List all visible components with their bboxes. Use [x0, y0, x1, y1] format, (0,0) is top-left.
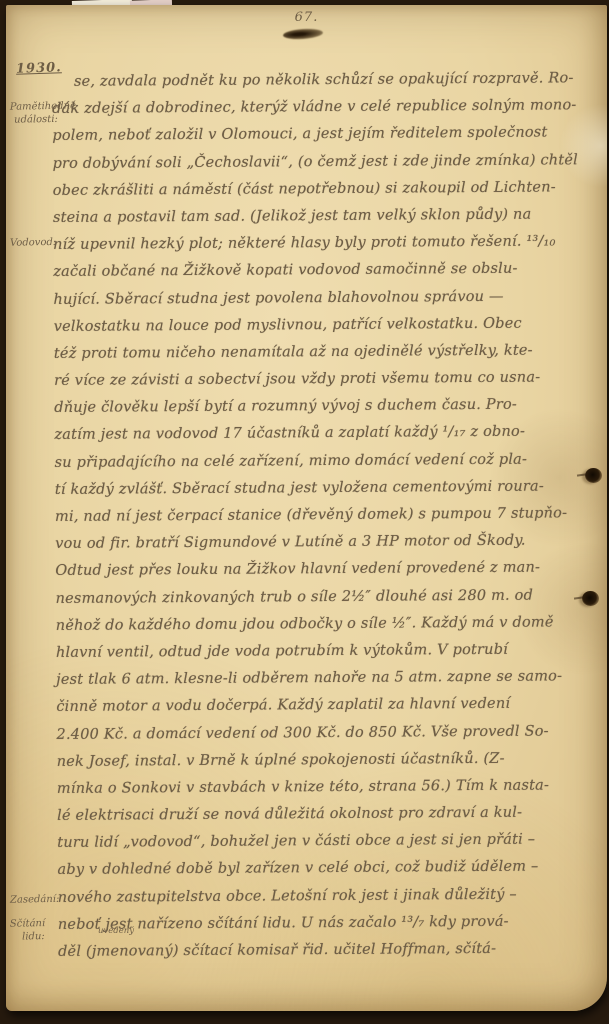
- ink-blot: [283, 28, 324, 41]
- handwritten-line: nek Josef, instal. v Brně k úplné spokoj…: [57, 745, 605, 776]
- handwritten-line: nového zastupitelstva obce. Letošní rok …: [58, 881, 606, 912]
- handwritten-line: děl (jmenovaný) sčítací komisař řid. uči…: [58, 935, 606, 966]
- handwritten-line: dňuje člověku lepší bytí a rozumný vývoj…: [54, 391, 602, 422]
- handwritten-line: vou od fir. bratří Sigmundové v Lutíně a…: [55, 527, 603, 558]
- chronicle-page: 67. 1930. Pamětihodnéudálosti:Vodovod:Za…: [6, 5, 607, 1011]
- handwritten-line: pro dobývání soli „Čechoslavii“, (o čemž…: [52, 147, 600, 178]
- handwritten-line: ré více ze závisti a sobectví jsou vždy …: [54, 364, 602, 395]
- interlinear-insertion: uvedený: [98, 926, 134, 936]
- handwritten-line: neboť jest nařízeno sčítání lidu. U nás …: [58, 908, 606, 939]
- handwritten-line: činně motor a vodu dočerpá. Každý zaplat…: [56, 690, 604, 721]
- handwritten-line: se, zavdala podnět ku po několik schůzí …: [52, 65, 600, 96]
- page-number: 67.: [6, 10, 607, 25]
- binding-hole: [585, 468, 602, 483]
- handwritten-line: mínka o Sonkovi v stavbách v knize této,…: [57, 772, 605, 803]
- handwritten-line: polem, neboť založil v Olomouci, a jest …: [52, 119, 600, 150]
- handwritten-line: níž upevnil hezký plot; některé hlasy by…: [53, 228, 601, 259]
- binding-hole: [582, 591, 599, 606]
- handwritten-line: též proti tomu ničeho nenamítala až na o…: [54, 337, 602, 368]
- handwritten-line: hlavní ventil, odtud jde voda potrubím k…: [56, 636, 604, 667]
- handwritten-line: steina a postavil tam sad. (Jelikož jest…: [53, 201, 601, 232]
- handwritten-line: mi, nad ní jest čerpací stanice (dřevěný…: [55, 500, 603, 531]
- handwritten-line: tí každý zvlášť. Sběrací studna jest vyl…: [55, 473, 603, 504]
- handwritten-line: dák zdejší a dobrodinec, kterýž vládne v…: [52, 92, 600, 123]
- handwritten-line: lé elektrisaci druží se nová důležitá ok…: [57, 799, 605, 830]
- handwritten-line: jest tlak 6 atm. klesne-li odběrem nahoř…: [56, 663, 604, 694]
- handwritten-line: turu lidí „vodovod“, bohužel jen v části…: [57, 826, 605, 857]
- handwritten-line: Odtud jest přes louku na Žižkov hlavní v…: [55, 554, 603, 585]
- handwritten-line: zatím jest na vodovod 17 účastníků a zap…: [54, 419, 602, 450]
- text-block: se, zavdala podnět ku po několik schůzí …: [52, 65, 606, 966]
- handwritten-line: začali občané na Žižkově kopati vodovod …: [53, 255, 601, 286]
- handwritten-line: 2.400 Kč. a domácí vedení od 300 Kč. do …: [56, 718, 604, 749]
- handwritten-line: nesmanových zinkovaných trub o síle 2½″ …: [55, 582, 603, 613]
- handwritten-line: su připadajícího na celé zařízení, mimo …: [55, 446, 603, 477]
- handwritten-line: aby v dohledné době byl zařízen v celé o…: [57, 854, 605, 885]
- handwritten-line: obec zkrášliti a náměstí (část nepotřebn…: [53, 174, 601, 205]
- handwritten-line: hující. Sběrací studna jest povolena bla…: [53, 283, 601, 314]
- handwritten-line: velkostatku na louce pod myslivnou, patř…: [54, 310, 602, 341]
- handwritten-line: něhož do každého domu jdou odbočky o síl…: [56, 609, 604, 640]
